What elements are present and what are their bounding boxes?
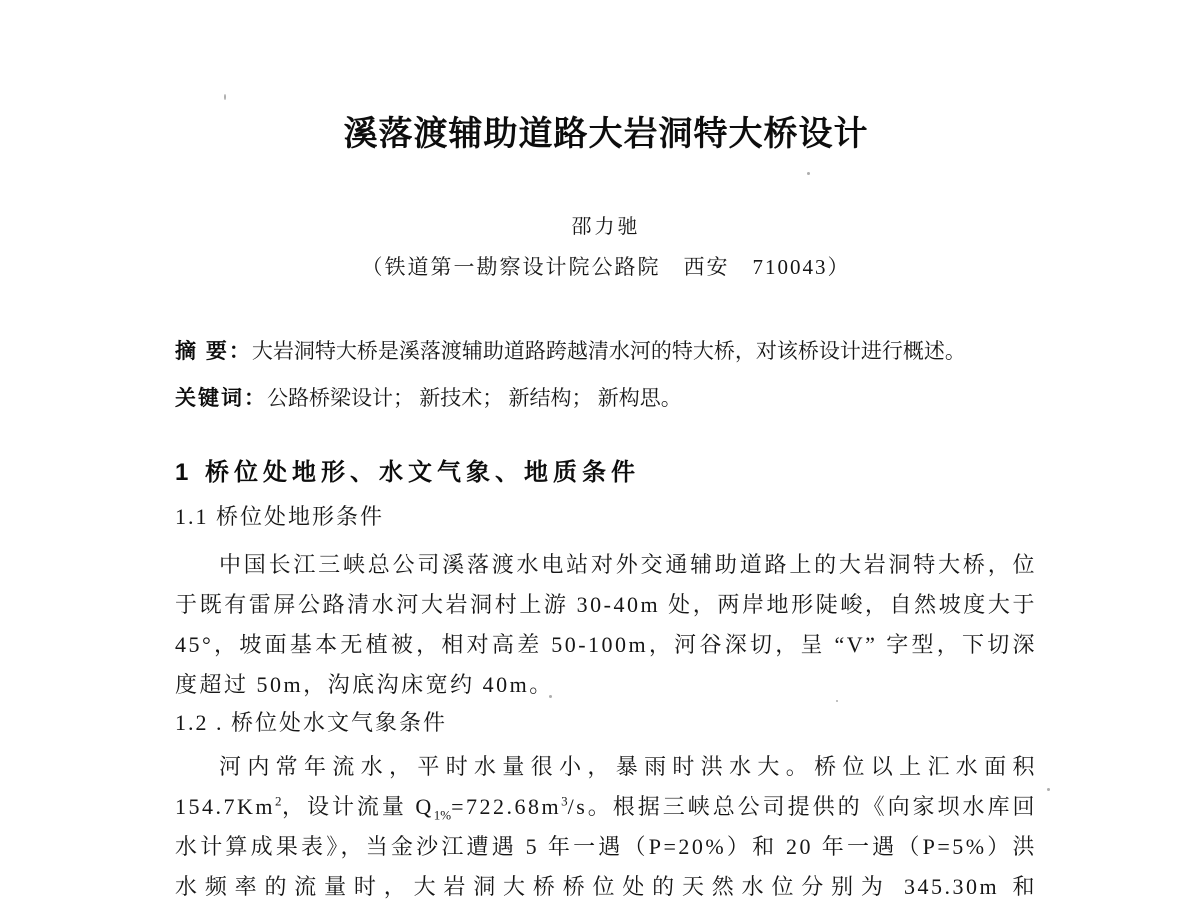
scan-speck bbox=[224, 94, 226, 100]
keywords-label: 关键词： bbox=[175, 387, 267, 410]
hydrology-paragraph: 河内常年流水，平时水量很小，暴雨时洪水大。桥位以上汇水面积 154.7Km2，设… bbox=[175, 747, 1037, 905]
hydrology-text-b: ，设计流量 Q bbox=[282, 794, 434, 819]
abstract-label: 摘 要： bbox=[175, 340, 252, 363]
hydrology-text-c: =722.68m bbox=[451, 794, 561, 819]
section-1-1-heading: 1.1 桥位处地形条件 bbox=[175, 502, 1037, 532]
scan-speck bbox=[549, 695, 552, 698]
paper-title: 溪落渡辅助道路大岩洞特大桥设计 bbox=[175, 110, 1037, 158]
scan-speck bbox=[807, 172, 810, 175]
page-content: 溪落渡辅助道路大岩洞特大桥设计 邵力驰 （铁道第一勘察设计院公路院 西安 710… bbox=[175, 110, 1037, 905]
author-affiliation: （铁道第一勘察设计院公路院 西安 710043） bbox=[175, 252, 1037, 282]
terrain-paragraph: 中国长江三峡总公司溪落渡水电站对外交通辅助道路上的大岩洞特大桥，位于既有雷屏公路… bbox=[175, 545, 1037, 705]
scan-speck bbox=[836, 700, 838, 702]
document-page: 溪落渡辅助道路大岩洞特大桥设计 邵力驰 （铁道第一勘察设计院公路院 西安 710… bbox=[0, 0, 1200, 905]
section-1-heading: 1 桥位处地形、水文气象、地质条件 bbox=[175, 458, 1037, 488]
section-1-2-heading: 1.2 . 桥位处水文气象条件 bbox=[175, 708, 1037, 738]
flow-frequency-subscript: 1% bbox=[434, 807, 451, 822]
abstract-row: 摘 要：大岩洞特大桥是溪落渡辅助道路跨越清水河的特大桥，对该桥设计进行概述。 bbox=[175, 328, 1037, 375]
scan-speck bbox=[1047, 788, 1050, 791]
keywords-row: 关键词：公路桥梁设计； 新技术； 新结构； 新构思。 bbox=[175, 375, 1037, 422]
abstract-text: 大岩洞特大桥是溪落渡辅助道路跨越清水河的特大桥，对该桥设计进行概述。 bbox=[252, 339, 966, 363]
keywords-text: 公路桥梁设计； 新技术； 新结构； 新构思。 bbox=[267, 386, 682, 410]
author-name: 邵力驰 bbox=[175, 214, 1037, 240]
